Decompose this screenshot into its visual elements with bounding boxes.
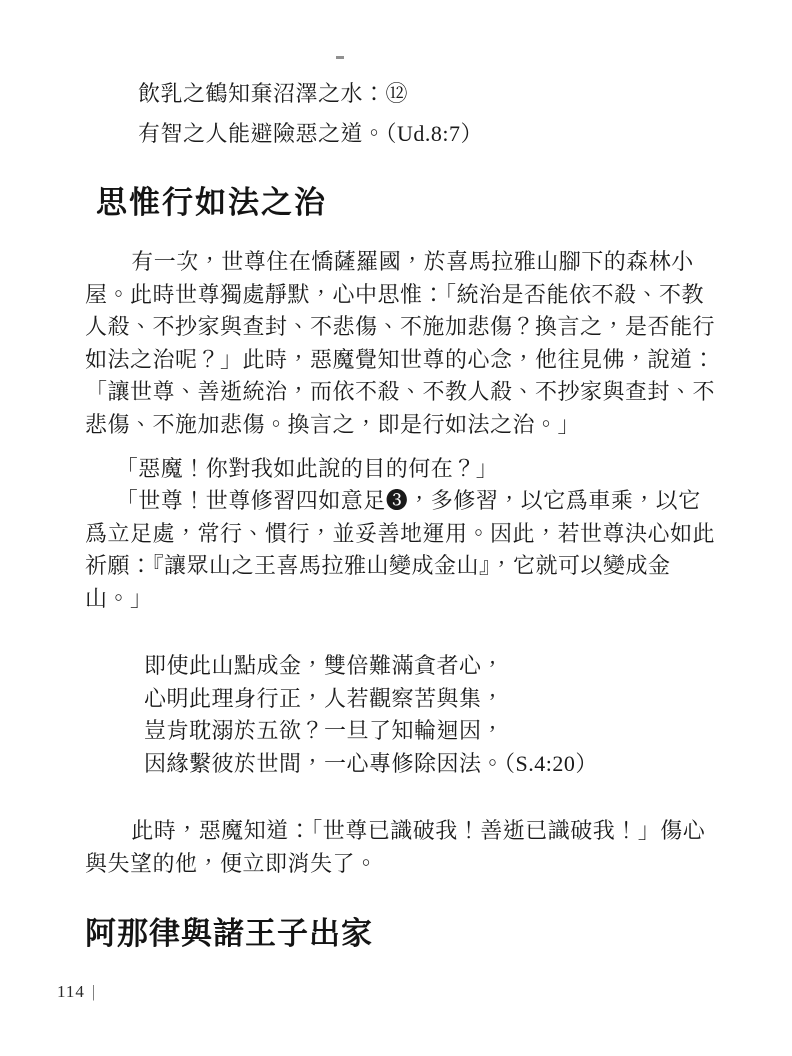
paragraph-dialogue-mara: 「世尊！世尊修習四如意足❸，多修習，以它爲車乘，以它 爲立足處，常行、慣行，並妥… bbox=[85, 485, 715, 615]
footer-divider: | bbox=[92, 982, 96, 1001]
top-edge-mark bbox=[336, 56, 344, 59]
page-footer: 114| bbox=[57, 982, 96, 1002]
section-heading-anuruddha-ordination: 阿那律與諸王子出家 bbox=[85, 908, 373, 953]
paragraph-dialogue-buddha: 「惡魔！你對我如此說的目的何在？」 bbox=[85, 453, 498, 486]
book-page: 飲乳之鶴知棄沼澤之水：⑫ 有智之人能避險惡之道。（Ud.8:7） 思惟行如法之治… bbox=[0, 0, 792, 1056]
section-heading-rule-by-dhamma: 思惟行如法之治 bbox=[96, 177, 327, 222]
opening-verse: 飲乳之鶴知棄沼澤之水：⑫ 有智之人能避險惡之道。（Ud.8:7） bbox=[138, 74, 483, 154]
quoted-verse: 即使此山點成金，雙倍難滿貪者心， 心明此理身行正，人若觀察苦與集， 豈肯耽溺於五… bbox=[144, 650, 598, 780]
paragraph-narrative-1: 有一次，世尊住在憍薩羅國，於喜馬拉雅山腳下的森林小 屋。此時世尊獨處靜默，心中思… bbox=[85, 246, 715, 442]
paragraph-narrative-2: 此時，惡魔知道：「世尊已識破我！善逝已識破我！」傷心 與失望的他，便立即消失了。 bbox=[85, 815, 705, 880]
page-number: 114 bbox=[57, 982, 85, 1001]
